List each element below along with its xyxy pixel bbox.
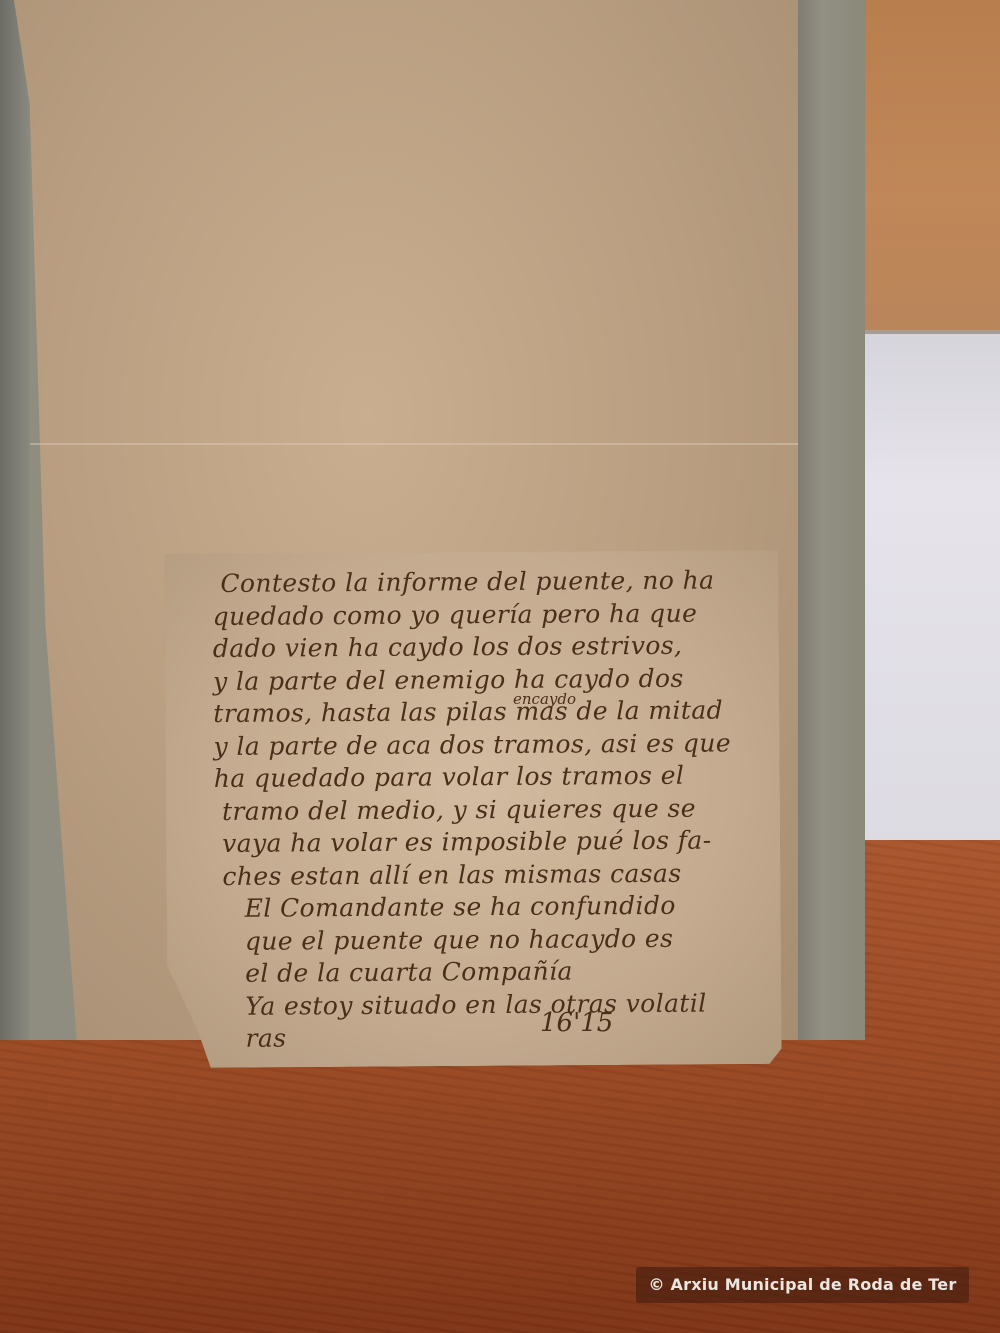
note-line: tramos, hasta las pilas mas de la mitad	[213, 694, 781, 730]
note-line: quedado como yo quería pero ha que	[213, 597, 781, 633]
folder-right-edge	[795, 0, 865, 1040]
time-annotation: 16'15	[540, 1008, 613, 1038]
note-line: tramo del medio, y si quieres que se	[222, 792, 782, 828]
archive-box-edge	[860, 330, 1000, 334]
note-line: Ya estoy situado en las otras volatil	[223, 987, 783, 1023]
note-line: ches estan allí en las mismas casas	[222, 857, 782, 893]
sheet-fold-line	[30, 443, 798, 445]
note-line: y la parte de aca dos tramos, asi es que	[213, 727, 781, 763]
archive-box	[860, 330, 1000, 850]
note-line: Contesto la informe del puente, no ha	[220, 564, 780, 600]
note-line: el de la cuarta Compañía	[223, 954, 783, 990]
note-line: dado vien ha caydo los dos estrivos,	[213, 629, 781, 665]
copyright-watermark: © Arxiu Municipal de Roda de Ter	[636, 1267, 969, 1303]
folder-left-edge	[0, 0, 30, 1040]
handwritten-insertion: encaydo	[513, 690, 576, 708]
handwritten-text: Contesto la informe del puente, no ha qu…	[220, 564, 783, 1055]
note-line: El Comandante se ha confundido	[223, 889, 783, 925]
note-line: ha quedado para volar los tramos el	[214, 759, 782, 795]
note-line: vaya ha volar es imposible pué los fa-	[222, 824, 782, 860]
note-line: ras	[223, 1019, 783, 1055]
note-line: que el puente que no hacaydo es	[223, 922, 783, 958]
note-line: y la parte del enemigo ha caydo dos	[213, 662, 781, 698]
background-wall	[860, 0, 1000, 330]
